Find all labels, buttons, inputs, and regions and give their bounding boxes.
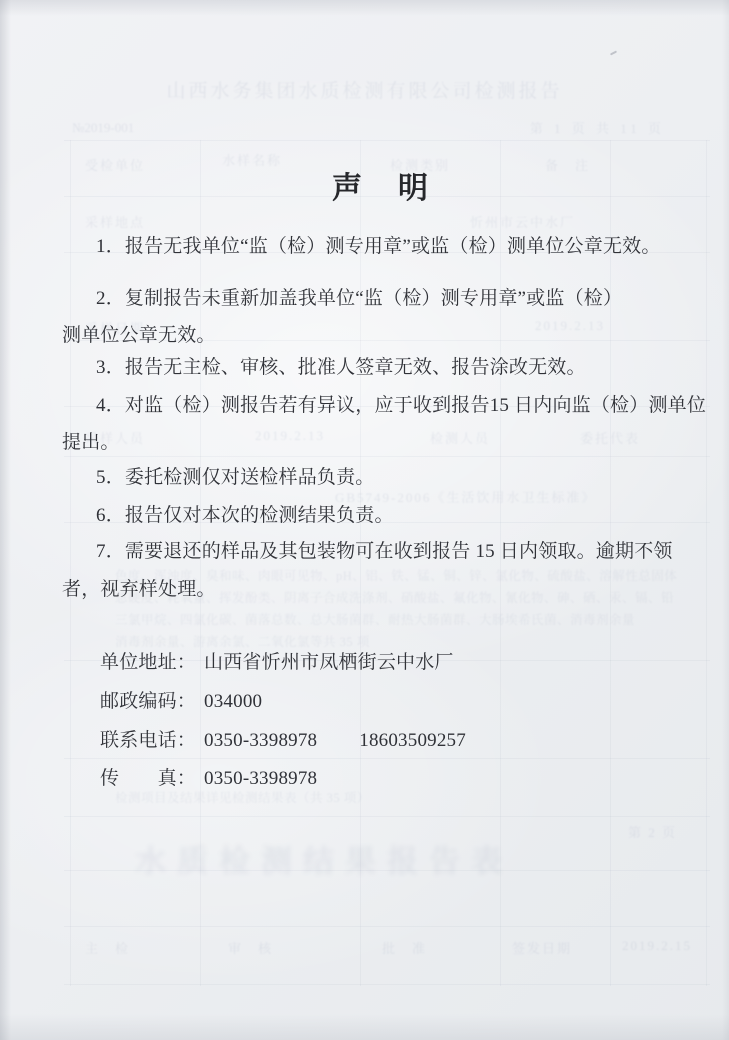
contact-fax-value: 0350-3398978 — [204, 768, 317, 789]
contact-fax-label: 传 真： — [100, 768, 196, 789]
contact-postcode-line: 邮政编码：034000 — [100, 689, 262, 715]
statement-content: 声 明 1．报告无我单位“监（检）测专用章”或监（检）测单位公章无效。 2．复制… — [0, 0, 729, 1040]
page-title: 声 明 — [17, 170, 729, 208]
statement-item-4: 4．对监（检）测报告若有异议，应于收到报告15 日内向监（检）测单位 — [96, 393, 706, 419]
contact-phone-value-2: 18603509257 — [359, 730, 466, 751]
statement-item-7-cont: 者，视弃样处理。 — [62, 577, 216, 603]
statement-item-2: 2．复制报告未重新加盖我单位“监（检）测专用章”或监（检） — [96, 286, 622, 312]
statement-item-7: 7．需要退还的样品及其包装物可在收到报告 15 日内领取。逾期不领 — [96, 539, 673, 565]
contact-phone-label: 联系电话： — [100, 730, 196, 751]
contact-postcode-label: 邮政编码： — [100, 691, 196, 712]
statement-item-5: 5．委托检测仅对送检样品负责。 — [96, 465, 375, 491]
contact-phone-line: 联系电话：0350-339897818603509257 — [100, 728, 466, 754]
statement-item-4-cont: 提出。 — [62, 430, 120, 456]
contact-fax-line: 传 真：0350-3398978 — [100, 766, 317, 792]
scanned-document-page: 山西水务集团水质检测有限公司检测报告 №2019-001 第 1 页 共 11 … — [0, 0, 729, 1040]
statement-item-1: 1．报告无我单位“监（检）测专用章”或监（检）测单位公章无效。 — [96, 234, 661, 260]
statement-item-3: 3．报告无主检、审核、批准人签章无效、报告涂改无效。 — [96, 355, 586, 381]
statement-item-2-cont: 测单位公章无效。 — [62, 323, 216, 349]
contact-address-line: 单位地址：山西省忻州市凤栖街云中水厂 — [100, 650, 454, 676]
contact-phone-value-1: 0350-3398978 — [204, 730, 317, 751]
contact-postcode-value: 034000 — [204, 691, 262, 712]
contact-address-value: 山西省忻州市凤栖街云中水厂 — [204, 652, 454, 673]
contact-address-label: 单位地址： — [100, 652, 196, 673]
statement-item-6: 6．报告仅对本次的检测结果负责。 — [96, 503, 394, 529]
